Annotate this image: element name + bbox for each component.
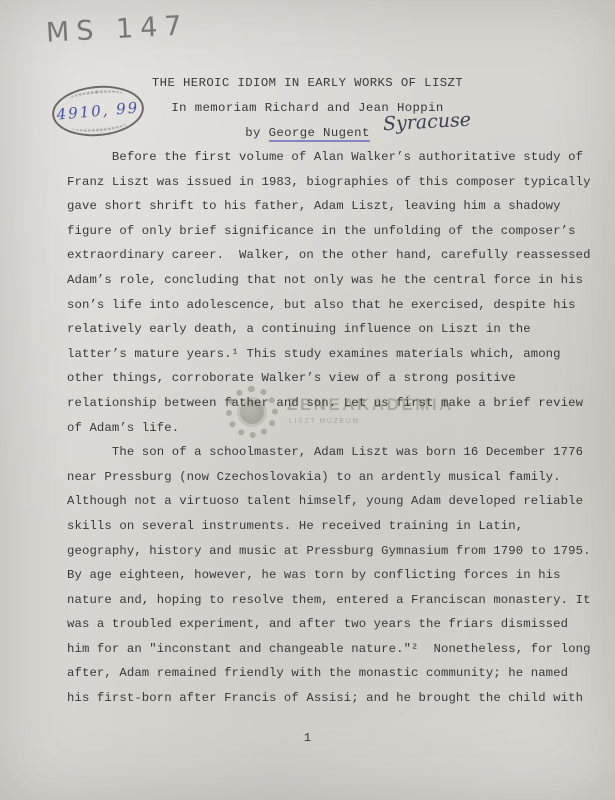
- typed-line: skills on several instruments. He receiv…: [67, 514, 591, 539]
- typed-line: him for an "inconstant and changeable na…: [67, 637, 591, 662]
- typed-line: figure of only brief significance in the…: [67, 219, 591, 244]
- handwritten-note: Syracuse: [382, 109, 471, 136]
- body-text: Before the first volume of Alan Walker’s…: [67, 145, 591, 711]
- typed-line: Before the first volume of Alan Walker’s…: [67, 145, 591, 170]
- typed-line: The son of a schoolmaster, Adam Liszt wa…: [67, 440, 591, 465]
- typed-line: his first-born after Francis of Assisi; …: [67, 686, 591, 711]
- typed-line: son’s life into adolescence, but also th…: [67, 293, 591, 318]
- typed-line: nature and, hoping to resolve them, ente…: [67, 588, 591, 613]
- byline: by George Nugent: [0, 121, 615, 146]
- manuscript-page: MS 147 4910, 99 THE HEROIC IDIOM IN EARL…: [0, 0, 615, 800]
- typed-line: By age eighteen, however, he was torn by…: [67, 563, 591, 588]
- typed-line: gave short shrift to his father, Adam Li…: [67, 194, 591, 219]
- typed-line: was a troubled experiment, and after two…: [67, 612, 591, 637]
- page-number: 1: [0, 731, 615, 745]
- typed-line: after, Adam remained friendly with the m…: [67, 661, 591, 686]
- typed-line: Franz Liszt was issued in 1983, biograph…: [67, 170, 591, 195]
- typed-line: geography, history and music at Pressbur…: [67, 539, 591, 564]
- typed-line: relationship between father and son. Let…: [67, 391, 591, 416]
- typed-line: Adam’s role, concluding that not only wa…: [67, 268, 591, 293]
- byline-prefix: by: [245, 126, 268, 140]
- page-title: THE HEROIC IDIOM IN EARLY WORKS OF LISZT: [0, 71, 615, 96]
- typed-line: Although not a virtuoso talent himself, …: [67, 489, 591, 514]
- header-block: THE HEROIC IDIOM IN EARLY WORKS OF LISZT…: [0, 71, 615, 146]
- typed-line: latter’s mature years.¹ This study exami…: [67, 342, 591, 367]
- dedication-line: In memoriam Richard and Jean Hoppin: [0, 96, 615, 121]
- typed-line: extraordinary career. Walker, on the oth…: [67, 243, 591, 268]
- typed-line: near Pressburg (now Czechoslovakia) to a…: [67, 465, 591, 490]
- pencil-shelfmark: MS 147: [45, 10, 189, 48]
- typed-line: of Adam’s life.: [67, 416, 591, 441]
- author-name: George Nugent: [269, 126, 370, 142]
- typed-line: other things, corroborate Walker’s view …: [67, 366, 591, 391]
- typed-line: relatively early death, a continuing inf…: [67, 317, 591, 342]
